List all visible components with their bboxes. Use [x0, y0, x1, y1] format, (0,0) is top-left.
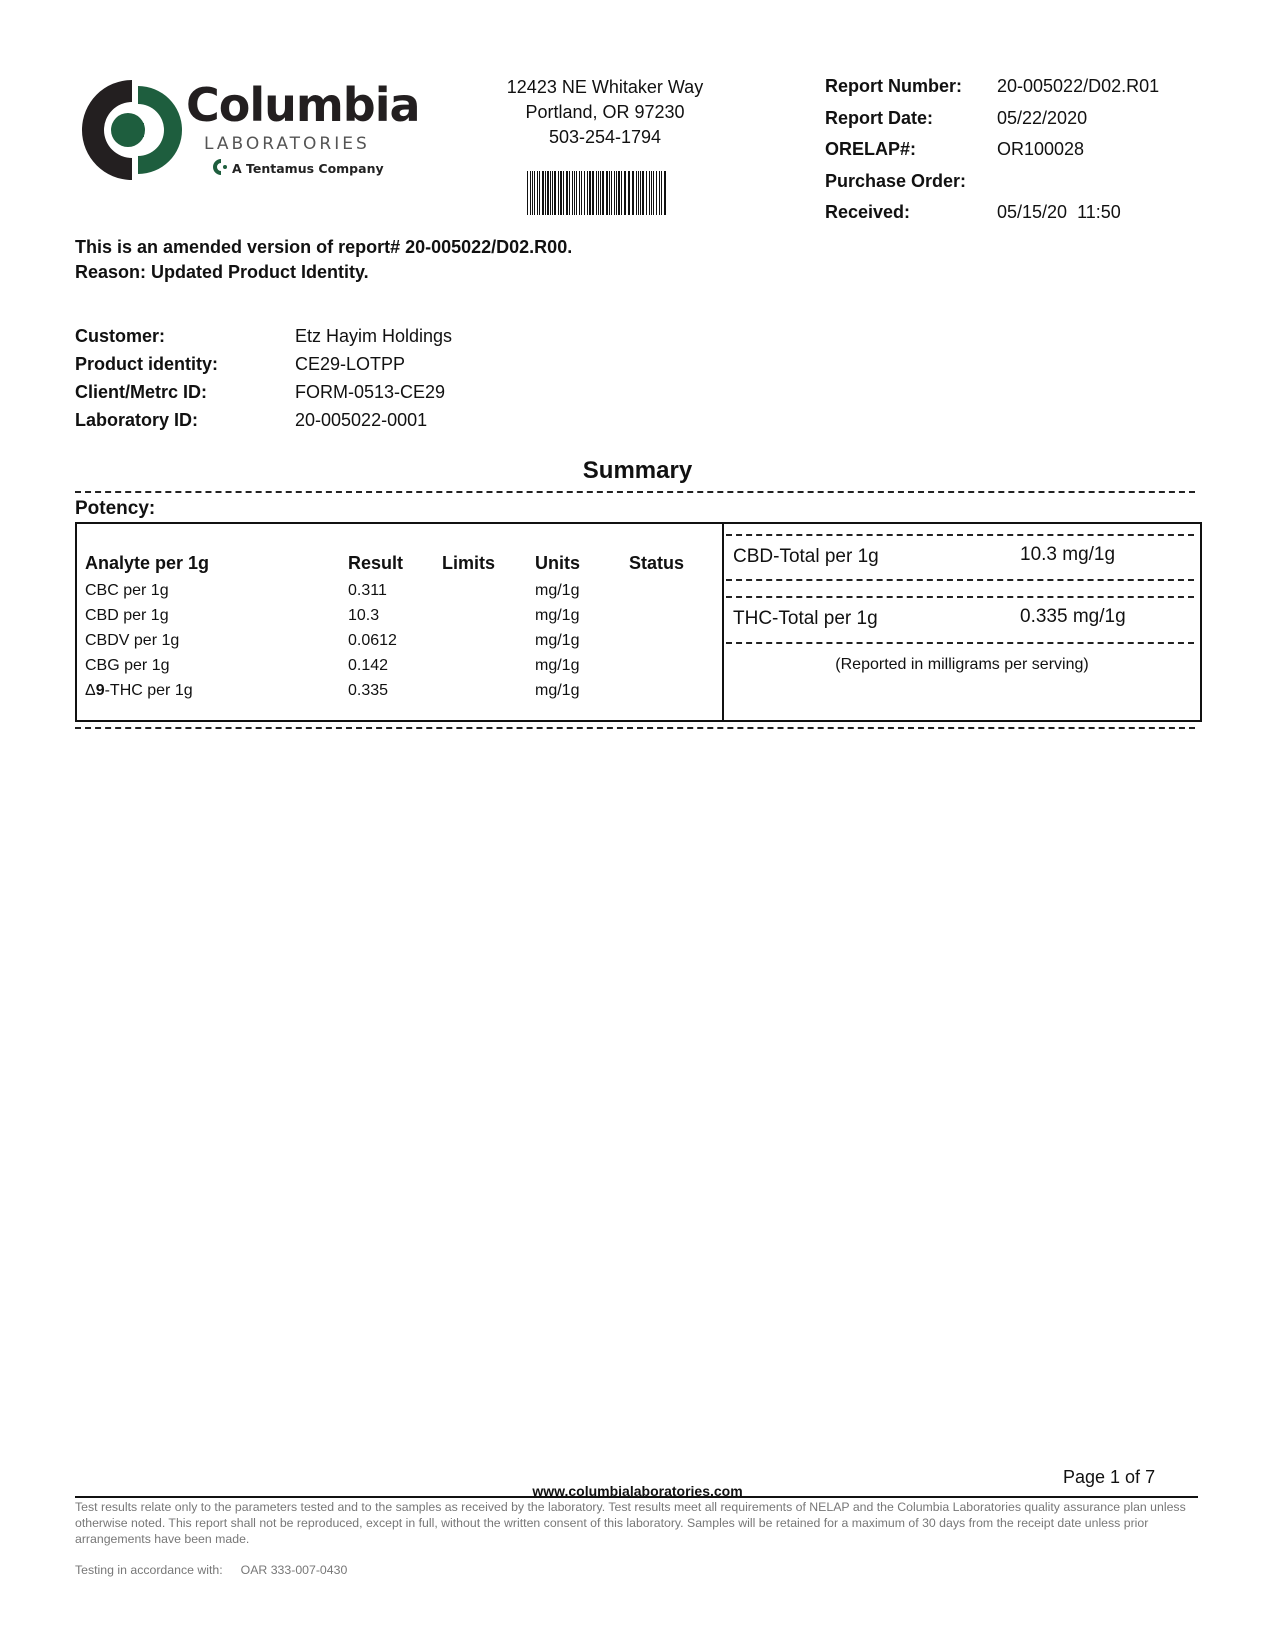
- orelap-value: OR100028: [997, 139, 1084, 171]
- company-logo: Columbia LABORATORIES A Tentamus Company: [78, 76, 408, 186]
- limits-cell: [442, 578, 535, 603]
- status-cell: [629, 603, 719, 628]
- units-cell: mg/1g: [535, 653, 629, 678]
- address-phone: 503-254-1794: [470, 125, 740, 150]
- logo-subtitle: LABORATORIES: [204, 134, 370, 154]
- units-cell: mg/1g: [535, 603, 629, 628]
- divider: [75, 491, 1195, 493]
- header-status: Status: [629, 548, 719, 578]
- report-date-value: 05/22/2020: [997, 108, 1087, 140]
- thc-total-value: 0.335 mg/1g: [1020, 606, 1126, 628]
- tentamus-icon: [212, 158, 230, 176]
- report-info-row: Report Date:05/22/2020: [825, 108, 1159, 140]
- report-info-row: Received:05/15/20 11:50: [825, 202, 1159, 234]
- logo-tagline: A Tentamus Company: [232, 161, 384, 176]
- customer-label: Customer:: [75, 326, 295, 354]
- customer-value: Etz Hayim Holdings: [295, 326, 452, 354]
- lab-address: 12423 NE Whitaker Way Portland, OR 97230…: [470, 75, 740, 150]
- laboratory-id-value: 20-005022-0001: [295, 410, 427, 438]
- barcode-icon: [527, 171, 669, 215]
- units-note: (Reported in milligrams per serving): [724, 656, 1200, 674]
- disclaimer-text: Test results relate only to the paramete…: [75, 1499, 1200, 1547]
- result-cell: 0.311: [348, 578, 442, 603]
- received-label: Received:: [825, 202, 997, 234]
- testing-label: Testing in accordance with:: [75, 1563, 223, 1577]
- header-units: Units: [535, 548, 629, 578]
- analyte-cell: CBG per 1g: [85, 653, 348, 678]
- units-cell: mg/1g: [535, 628, 629, 653]
- analyte-cell: Δ9-THC per 1g: [85, 678, 348, 703]
- limits-cell: [442, 653, 535, 678]
- analyte-cell: CBC per 1g: [85, 578, 348, 603]
- amended-notice: This is an amended version of report# 20…: [75, 235, 572, 285]
- units-cell: mg/1g: [535, 578, 629, 603]
- customer-info: Customer:Etz Hayim Holdings Product iden…: [75, 326, 452, 438]
- testing-standard: Testing in accordance with:OAR 333-007-0…: [75, 1563, 347, 1577]
- analyte-cell: CBD per 1g: [85, 603, 348, 628]
- table-row: CBC per 1g 0.311 mg/1g: [85, 578, 719, 603]
- address-line1: 12423 NE Whitaker Way: [470, 75, 740, 100]
- limits-cell: [442, 678, 535, 703]
- customer-row: Customer:Etz Hayim Holdings: [75, 326, 452, 354]
- divider: [726, 534, 1194, 536]
- address-line2: Portland, OR 97230: [470, 100, 740, 125]
- units-cell: mg/1g: [535, 678, 629, 703]
- status-cell: [629, 653, 719, 678]
- divider: [726, 579, 1194, 581]
- summary-title: Summary: [0, 457, 1275, 485]
- limits-cell: [442, 628, 535, 653]
- customer-row: Laboratory ID:20-005022-0001: [75, 410, 452, 438]
- footer-divider: [75, 1496, 1198, 1498]
- product-identity-value: CE29-LOTPP: [295, 354, 405, 382]
- customer-row: Product identity:CE29-LOTPP: [75, 354, 452, 382]
- limits-cell: [442, 603, 535, 628]
- potency-table: Analyte per 1g Result Limits Units Statu…: [85, 548, 719, 703]
- table-row: Δ9-THC per 1g 0.335 mg/1g: [85, 678, 719, 703]
- potency-table-box: Analyte per 1g Result Limits Units Statu…: [75, 522, 725, 722]
- amended-reason: Reason: Updated Product Identity.: [75, 260, 572, 285]
- client-metrc-id-value: FORM-0513-CE29: [295, 382, 445, 410]
- status-cell: [629, 578, 719, 603]
- divider: [726, 642, 1194, 644]
- table-row: CBD per 1g 10.3 mg/1g: [85, 603, 719, 628]
- table-header-row: Analyte per 1g Result Limits Units Statu…: [85, 548, 719, 578]
- status-cell: [629, 628, 719, 653]
- amended-line: This is an amended version of report# 20…: [75, 235, 572, 260]
- result-cell: 0.0612: [348, 628, 442, 653]
- logo-name: Columbia: [186, 78, 420, 132]
- header-result: Result: [348, 548, 442, 578]
- status-cell: [629, 678, 719, 703]
- report-number-label: Report Number:: [825, 76, 997, 108]
- totals-box: CBD-Total per 1g 10.3 mg/1g THC-Total pe…: [722, 522, 1202, 722]
- report-info-row: Report Number:20-005022/D02.R01: [825, 76, 1159, 108]
- table-row: CBG per 1g 0.142 mg/1g: [85, 653, 719, 678]
- columbia-logo-icon: [78, 76, 186, 184]
- header-analyte: Analyte per 1g: [85, 548, 348, 578]
- header-limits: Limits: [442, 548, 535, 578]
- divider: [75, 727, 1195, 729]
- report-info-row: ORELAP#:OR100028: [825, 139, 1159, 171]
- received-value: 05/15/20 11:50: [997, 202, 1121, 234]
- laboratory-id-label: Laboratory ID:: [75, 410, 295, 438]
- orelap-label: ORELAP#:: [825, 139, 997, 171]
- analyte-cell: CBDV per 1g: [85, 628, 348, 653]
- result-cell: 10.3: [348, 603, 442, 628]
- result-cell: 0.335: [348, 678, 442, 703]
- product-identity-label: Product identity:: [75, 354, 295, 382]
- cbd-total-label: CBD-Total per 1g: [733, 546, 879, 568]
- table-row: CBDV per 1g 0.0612 mg/1g: [85, 628, 719, 653]
- report-number-value: 20-005022/D02.R01: [997, 76, 1159, 108]
- divider: [726, 596, 1194, 598]
- testing-value: OAR 333-007-0430: [241, 1563, 348, 1577]
- report-date-label: Report Date:: [825, 108, 997, 140]
- report-info-row: Purchase Order:: [825, 171, 1159, 203]
- purchase-order-label: Purchase Order:: [825, 171, 997, 203]
- customer-row: Client/Metrc ID:FORM-0513-CE29: [75, 382, 452, 410]
- thc-total-label: THC-Total per 1g: [733, 608, 878, 630]
- analyte-name: -THC per 1g: [105, 682, 193, 699]
- potency-label: Potency:: [75, 498, 155, 520]
- cbd-total-value: 10.3 mg/1g: [1020, 544, 1115, 566]
- delta-number: 9: [96, 682, 105, 699]
- delta-symbol: Δ: [85, 682, 96, 699]
- result-cell: 0.142: [348, 653, 442, 678]
- client-metrc-id-label: Client/Metrc ID:: [75, 382, 295, 410]
- report-info: Report Number:20-005022/D02.R01 Report D…: [825, 76, 1159, 234]
